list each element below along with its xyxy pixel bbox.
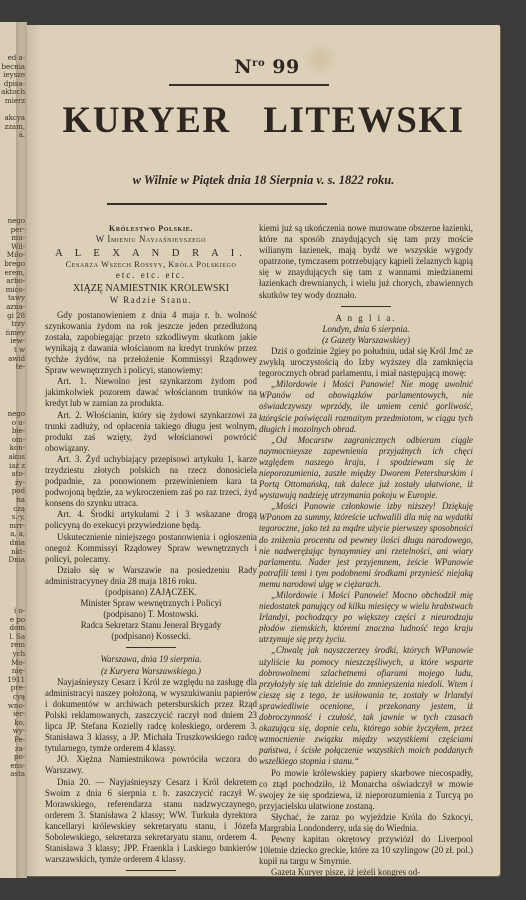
- signature-minister-title: Minister Spraw wewnętrznych i Policyi: [45, 598, 257, 609]
- section-divider-3: [341, 306, 391, 307]
- decree-article-4: Art. 4. Środki artykułami 2 i 3 wskazane…: [45, 509, 257, 531]
- section-divider-2: [126, 870, 176, 871]
- warsaw-paragraph-2: JO. Xiężna Namiestnikowa powróciła wczor…: [45, 754, 257, 776]
- london-dateline: Londyn, dnia 6 sierpnia.: [259, 324, 473, 335]
- masthead-rule-top: [169, 84, 329, 86]
- decree-kingdom: Królestwo Polskie.: [45, 223, 257, 234]
- decree-viceroy: XIĄZĘ NAMIESTNIK KROLEWSKI: [45, 283, 257, 294]
- continuation-paragraph: kiemi już są ukończenia nowe murowane ob…: [259, 223, 473, 301]
- kings-speech-5: „Chwalę jak nayszczerzey środki, których…: [259, 645, 473, 767]
- warsaw-paragraph-1: Nayjaśnieyszy Cesarz i Król ze względu n…: [45, 677, 257, 755]
- decree-alexander: A L E X A N D R A I.: [45, 248, 257, 259]
- london-paragraph-2: Po mowie królewskiey papiery skarbowe ni…: [259, 768, 473, 812]
- warsaw-source: (z Kuryera Warszawskiego.): [45, 666, 257, 677]
- kings-speech-2: „Od Mocarstw zagranicznych odbieram ciąg…: [259, 435, 473, 502]
- kings-speech-3: „Mości Panowie członkowie izby niższey! …: [259, 501, 473, 590]
- decree-dated: Działo się w Warszawie na posiedzeniu Ra…: [45, 565, 257, 587]
- decree-article-3: Art. 3. Żyd uchybiający przepisowi artyk…: [45, 454, 257, 509]
- issue-dateline: w Wilnie w Piątek dnia 18 Sierpnia v. s.…: [27, 173, 500, 188]
- warsaw-paragraph-3: Dnia 20. — Nayjaśnieyszy Cesarz i Król d…: [45, 777, 257, 866]
- right-column: kiemi już są ukończenia nowe murowane ob…: [259, 223, 473, 876]
- london-source: (z Gazety Warszawskiey): [259, 335, 473, 346]
- warsaw-heading: Warszawa, dnia 19 sierpnia.: [45, 654, 257, 665]
- left-column: Królestwo Polskie. W Imieniu Nayjaśnieys…: [45, 223, 257, 876]
- decree-article-2: Art. 2. Włościanin, który się żydowi szy…: [45, 410, 257, 454]
- london-paragraph-3: Słychać, że zaraz po wyjeździe Króla do …: [259, 812, 473, 834]
- decree-in-name: W Imieniu Nayjaśnieyszego: [45, 234, 257, 245]
- decree-emperor: Cesarza Wszech Rossyy, Króla Polskiego: [45, 259, 257, 270]
- london-paragraph-5: Gazeta Kuryer pisze, iż jeżeli kongres o…: [259, 867, 473, 876]
- section-divider: [126, 647, 176, 648]
- signature-zajaczek: (podpisano) ZAJĄCZEK.: [45, 587, 257, 598]
- decree-article-1: Art. 1. Niewolno jest szynkarzom żydom p…: [45, 376, 257, 409]
- signature-secretary-title: Radca Sekretarz Stanu Jeneral Brygady: [45, 620, 257, 631]
- signature-mostowski: (podpisano) T. Mostowski.: [45, 609, 257, 620]
- kings-speech-1: „Milordowie i Mości Panowie! Nie mogę uw…: [259, 379, 473, 434]
- decree-etc: etc. etc. etc.: [45, 270, 257, 281]
- decree-council: W Radzie Stanu.: [45, 295, 257, 306]
- signature-kossecki: (podpisano) Kossecki.: [45, 631, 257, 642]
- kings-speech-4: „Milordowie i Mości Panowie! Mocno obcho…: [259, 590, 473, 645]
- newspaper-title: KURYER LITEWSKI: [27, 99, 500, 142]
- london-paragraph-4: Pewny kapitan okrętowy przywiózł do Live…: [259, 834, 473, 867]
- newspaper-page: Nro 99 KURYER LITEWSKI w Wilnie w Piątek…: [27, 25, 500, 876]
- decree-execution: Uskutecznienie niniejszego postanowienia…: [45, 532, 257, 565]
- masthead-rule-bottom: [107, 203, 327, 205]
- london-paragraph-1: Dziś o godzinie 2giey po południu, udał …: [259, 346, 473, 379]
- issue-number: Nro 99: [227, 56, 307, 78]
- anglia-heading: A n g l i a.: [259, 313, 473, 324]
- decree-intro: Gdy postanowieniem z dnia 4 maja r. b. w…: [45, 310, 257, 377]
